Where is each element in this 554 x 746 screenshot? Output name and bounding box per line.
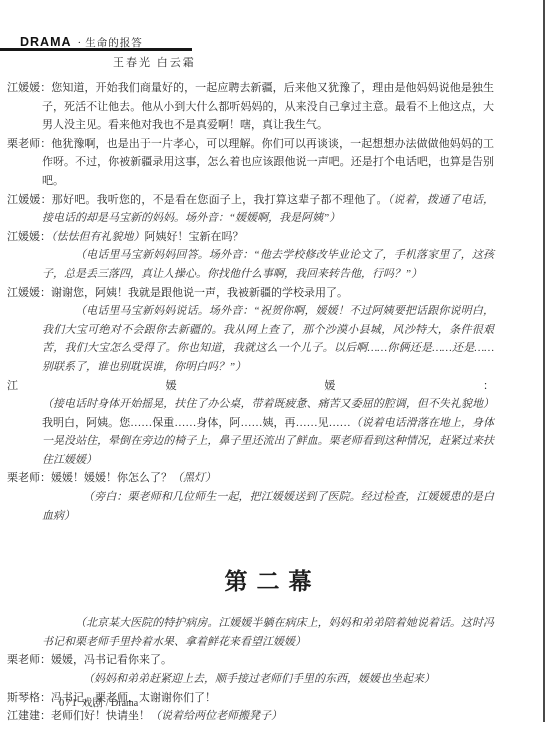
dialogue-paragraph: 栗老师：媛媛，冯书记看你来了。: [42, 651, 494, 670]
stage-direction: （电话里马宝新妈妈说话。场外音：“祝贺你啊，媛媛！不过阿姨要把话跟你说明白，我们…: [42, 305, 494, 373]
speech-text: 阿姨好！宝新在吗？: [145, 231, 244, 243]
speech-text: 他犹豫啊，也是出于一片孝心，可以理解。你们可以再谈谈，一起想想办法做做他妈妈的工…: [42, 138, 494, 187]
authors: 王春光 白云霜: [113, 54, 196, 70]
stage-direction: （旁白：栗老师和几位师生一起，把江媛媛送到了医院。经过检查，江媛媛患的是白血病）: [42, 491, 494, 522]
speaker-name: 斯琴格：: [7, 692, 51, 704]
page-footer: 071戏剧/ Drama: [59, 695, 138, 710]
page-number: 071: [59, 698, 78, 709]
scan-edge-line: [543, 0, 545, 722]
stage-paragraph: （电话里马宝新妈妈说话。场外音：“祝贺你啊，媛媛！不过阿姨要把话跟你说明白，我们…: [42, 302, 494, 376]
dialogue-paragraph: 栗老师：他犹豫啊，也是出于一片孝心，可以理解。你们可以再谈谈，一起想想办法做做他…: [42, 135, 494, 191]
speech-text: 您知道，开始我们商量好的，一起应聘去新疆，后来他又犹豫了，理由是他妈妈说他是独生…: [42, 82, 494, 131]
speaker-name: 江媛媛：: [7, 82, 51, 94]
dialogue-paragraph: 江媛媛：您知道，开始我们商量好的，一起应聘去新疆，后来他又犹豫了，理由是他妈妈说…: [42, 79, 494, 135]
dialogue-paragraph: 栗老师：媛媛！媛媛！你怎么了？（黑灯）: [42, 469, 494, 488]
speaker-name: 栗老师：: [7, 472, 51, 484]
speech-text: 媛媛，冯书记看你来了。: [51, 654, 172, 666]
dialogue-paragraph: 江媛媛：谢谢您，阿姨！我就是跟他说一声，我被新疆的学校录用了。: [42, 284, 494, 303]
stage-direction: （电话里马宝新妈妈回答。场外音：“他去学校修改毕业论文了，手机落家里了，这孩子，…: [42, 249, 494, 280]
stage-direction: （北京某大医院的特护病房。江媛媛半躺在病床上，妈妈和弟弟陪着她说着话。这时冯书记…: [42, 617, 494, 648]
stage-direction: （说着给两位老师搬凳子）: [150, 710, 282, 722]
stage-paragraph: （电话里马宝新妈妈回答。场外音：“他去学校修改毕业论文了，手机落家里了，这孩子，…: [42, 246, 494, 283]
speech-text: 媛媛！媛媛！你怎么了？: [51, 472, 172, 484]
stage-direction: （黑灯）: [172, 472, 216, 484]
stage-paragraph: （妈妈和弟弟赶紧迎上去，顺手接过老师们手里的东西，媛媛也坐起来）: [42, 670, 494, 689]
speaker-name: 江媛媛：: [7, 287, 51, 299]
speech-text: 老师们好！快请坐！: [51, 710, 150, 722]
stage-paragraph: （北京某大医院的特护病房。江媛媛半躺在病床上，妈妈和弟弟陪着她说着话。这时冯书记…: [42, 614, 494, 651]
speaker-name: 江媛媛：: [7, 231, 51, 243]
dialogue-paragraph: 江媛媛：那好吧。我听您的，不是看在您面子上，我打算这辈子都不理他了。（说着，拨通…: [42, 191, 494, 228]
speech-text: 谢谢您，阿姨！我就是跟他说一声，我被新疆的学校录用了。: [51, 287, 348, 299]
header-rule: [0, 48, 192, 51]
speaker-name: 栗老师：: [7, 138, 51, 150]
speaker-name: 江建建：: [7, 710, 51, 722]
speaker-name: 栗老师：: [7, 654, 51, 666]
act-title: 第二幕: [42, 567, 494, 597]
journal-brand: DRAMA: [20, 35, 72, 49]
speech-text: 我明白，阿姨。您……保重……身体，阿……姨，再……见……: [42, 417, 351, 429]
stage-direction: （接电话时身体开始摇晃，扶住了办公桌，带着既疲惫、痛苦又委屈的腔调，但不失礼貌地…: [42, 398, 494, 410]
script-body: 江媛媛：您知道，开始我们商量好的，一起应聘去新疆，后来他又犹豫了，理由是他妈妈说…: [42, 79, 494, 726]
stage-paragraph: （旁白：栗老师和几位师生一起，把江媛媛送到了医院。经过检查，江媛媛患的是白血病）: [42, 488, 494, 525]
dialogue-paragraph: 江媛媛：（怯怯但有礼貌地）阿姨好！宝新在吗？: [42, 228, 494, 247]
dialogue-paragraph: 江媛媛：（接电话时身体开始摇晃，扶住了办公桌，带着既疲惫、痛苦又委屈的腔调，但不…: [42, 377, 494, 470]
speech-text: 那好吧。我听您的，不是看在您面子上，我打算这辈子都不理他了。: [52, 194, 388, 206]
speaker-name: 江媛媛：: [7, 380, 494, 392]
section-label-en: / Drama: [106, 698, 139, 709]
stage-direction: （妈妈和弟弟赶紧迎上去，顺手接过老师们手里的东西，媛媛也坐起来）: [83, 673, 435, 685]
section-label-cn: 戏剧: [82, 698, 103, 709]
speaker-name: 江媛媛：: [7, 194, 52, 206]
dialogue-paragraph: 江建建：老师们好！快请坐！（说着给两位老师搬凳子）: [42, 707, 494, 726]
stage-direction: （怯怯但有礼貌地）: [51, 231, 145, 243]
